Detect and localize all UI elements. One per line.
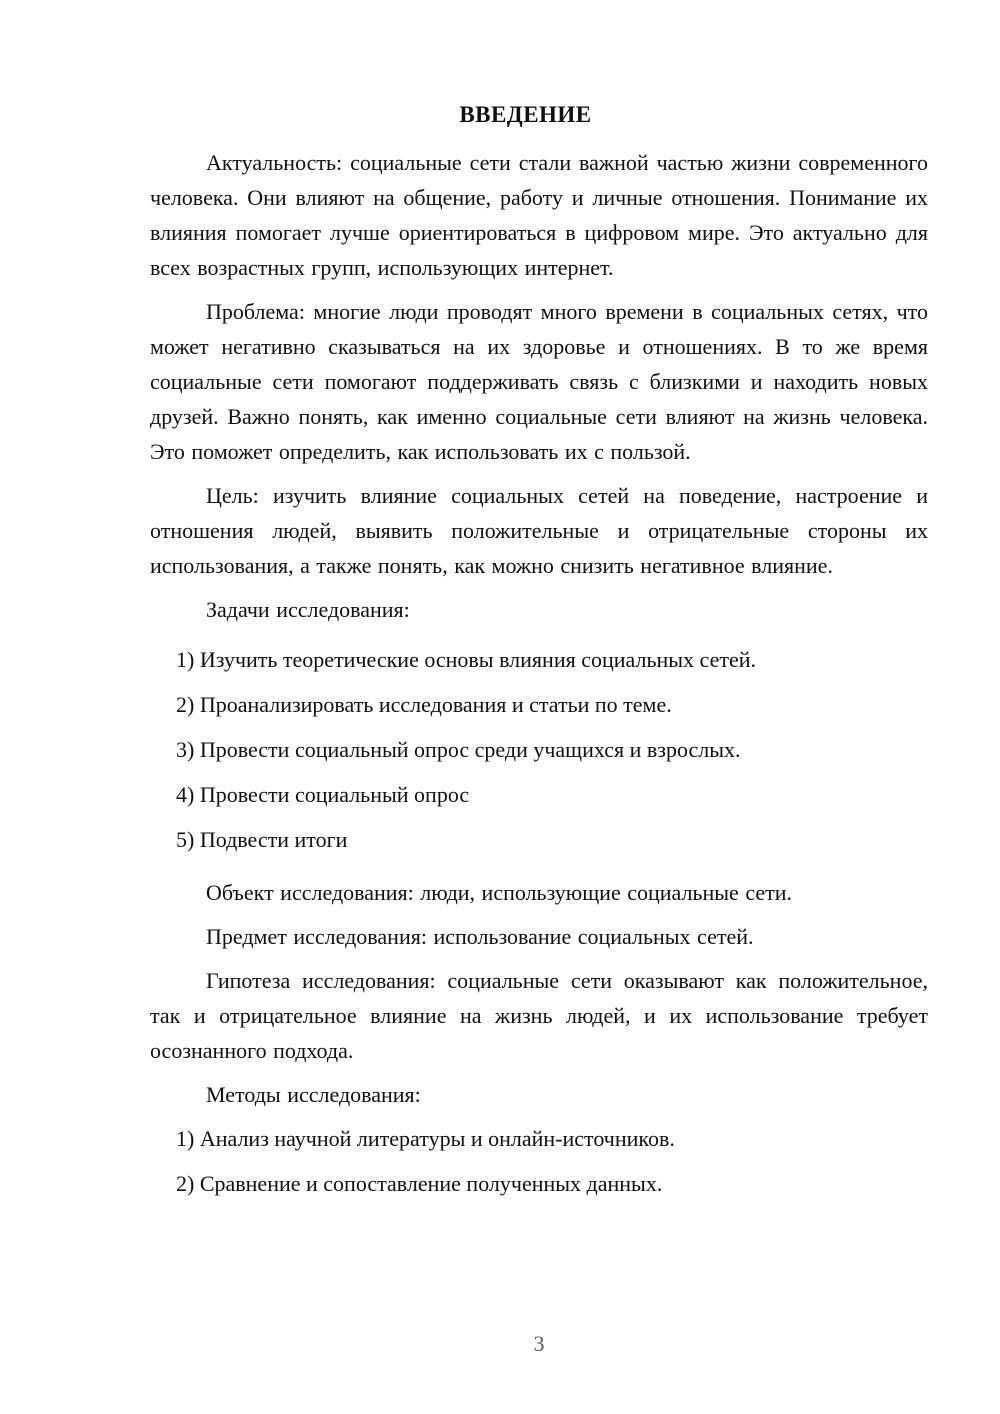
paragraph-zadachi-heading: Задачи исследования: bbox=[150, 592, 928, 627]
task-item-5: 5) Подвести итоги bbox=[150, 822, 928, 857]
paragraph-tsel: Цель: изучить влияние социальных сетей н… bbox=[150, 478, 928, 583]
paragraph-metody-heading: Методы исследования: bbox=[150, 1077, 928, 1112]
section-title: ВВЕДЕНИЕ bbox=[150, 95, 928, 135]
method-item-2: 2) Сравнение и сопоставление полученных … bbox=[150, 1166, 928, 1201]
page-number: 3 bbox=[150, 1329, 928, 1359]
methods-list: 1) Анализ научной литературы и онлайн-ис… bbox=[150, 1121, 928, 1201]
tasks-list: 1) Изучить теоретические основы влияния … bbox=[150, 642, 928, 857]
paragraph-gipoteza: Гипотеза исследования: социальные сети о… bbox=[150, 963, 928, 1068]
task-item-1: 1) Изучить теоретические основы влияния … bbox=[150, 642, 928, 677]
paragraph-obekt: Объект исследования: люди, использующие … bbox=[150, 875, 928, 910]
page-content: ВВЕДЕНИЕ Актуальность: социальные сети с… bbox=[150, 95, 928, 1219]
method-item-1: 1) Анализ научной литературы и онлайн-ис… bbox=[150, 1121, 928, 1156]
task-item-3: 3) Провести социальный опрос среди учащи… bbox=[150, 732, 928, 767]
paragraph-problema: Проблема: многие люди проводят много вре… bbox=[150, 294, 928, 469]
task-item-2: 2) Проанализировать исследования и стать… bbox=[150, 687, 928, 722]
document-page: ВВЕДЕНИЕ Актуальность: социальные сети с… bbox=[0, 0, 1000, 1414]
paragraph-aktualnost: Актуальность: социальные сети стали важн… bbox=[150, 145, 928, 285]
paragraph-predmet: Предмет исследования: использование соци… bbox=[150, 919, 928, 954]
task-item-4: 4) Провести социальный опрос bbox=[150, 777, 928, 812]
